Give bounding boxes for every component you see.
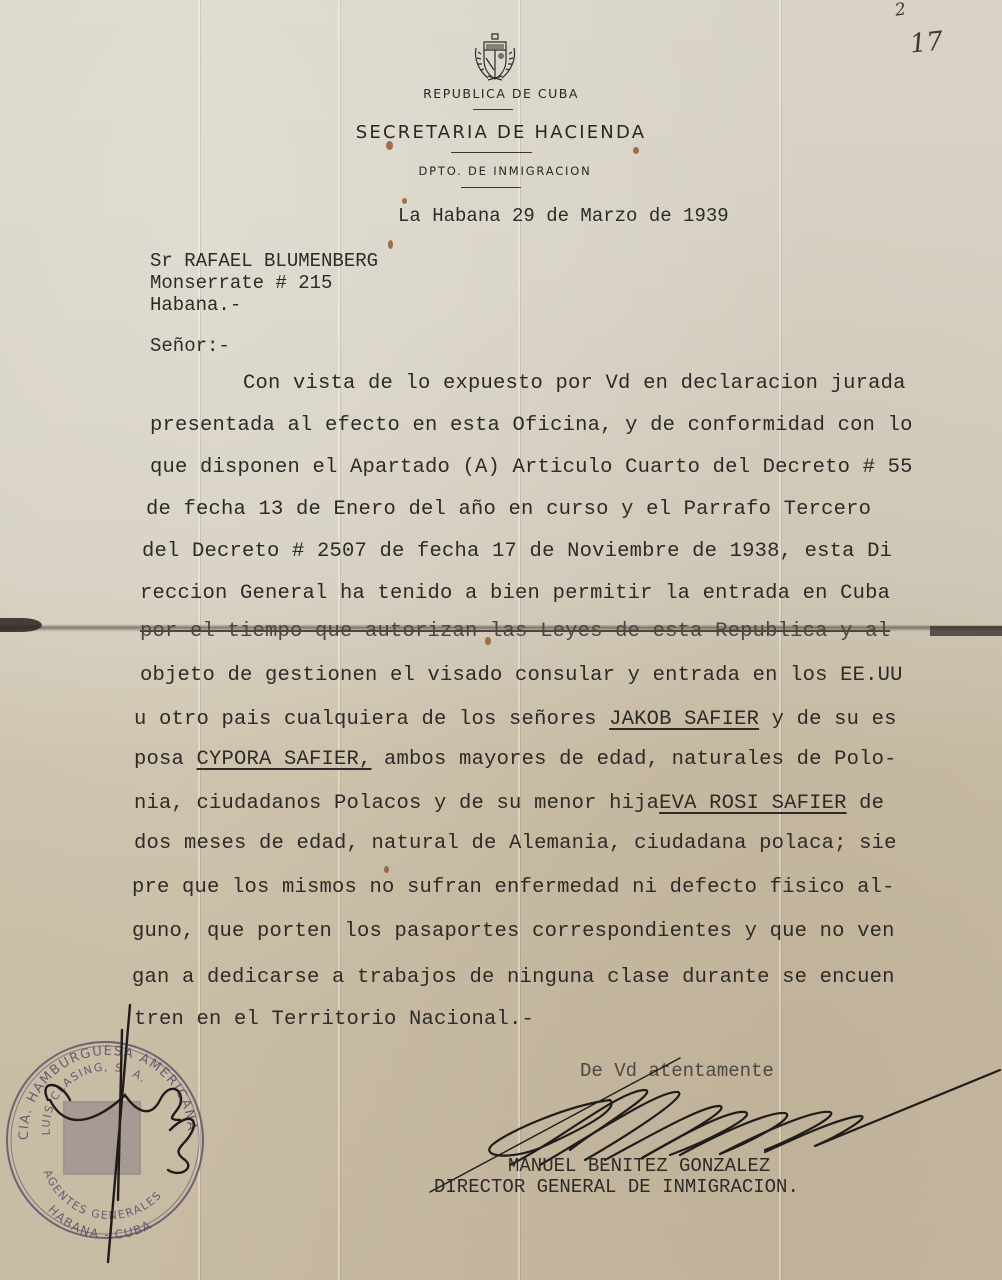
coat-of-arms-icon: [470, 30, 520, 86]
handwritten-mark: 2: [894, 0, 908, 21]
body-line: objeto de gestionen el visado consular y…: [140, 664, 903, 687]
divider: [461, 187, 521, 188]
person-name-jakob: JAKOB SAFIER: [609, 708, 759, 731]
body-text: posa: [134, 748, 197, 771]
letterhead-department: DPTO. DE INMIGRACION: [0, 164, 1002, 178]
body-text: y de su es: [759, 708, 897, 731]
recipient-street: Monserrate # 215: [150, 272, 332, 294]
person-name-eva: EVA ROSI SAFIER: [659, 792, 847, 815]
salutation: Señor:-: [150, 335, 230, 357]
letterhead-ministry: SECRETARIA DE HACIENDA: [0, 122, 1002, 143]
letterhead-republic: REPUBLICA DE CUBA: [0, 86, 1002, 101]
body-line: reccion General ha tenido a bien permiti…: [140, 582, 890, 605]
divider: [451, 152, 532, 153]
tear-mark-left: [0, 618, 42, 632]
body-line-with-name: u otro pais cualquiera de los señores JA…: [134, 708, 897, 731]
signatory-title: DIRECTOR GENERAL DE INMIGRACION.: [434, 1176, 799, 1198]
recipient-city: Habana.-: [150, 294, 241, 316]
body-line: presentada al efecto en esta Oficina, y …: [150, 414, 913, 437]
body-text: ambos mayores de edad, naturales de Polo…: [372, 748, 897, 771]
date-line: La Habana 29 de Marzo de 1939: [398, 205, 729, 227]
rust-spot: [388, 240, 393, 249]
divider: [473, 109, 513, 110]
body-line: guno, que porten los pasaportes correspo…: [132, 920, 895, 943]
body-line: Con vista de lo expuesto por Vd en decla…: [243, 372, 906, 395]
body-line: pre que los mismos no sufran enfermedad …: [132, 876, 895, 899]
rust-spot: [402, 198, 407, 204]
body-line: dos meses de edad, natural de Alemania, …: [134, 832, 897, 855]
body-line: que disponen el Apartado (A) Articulo Cu…: [150, 456, 913, 479]
rust-spot: [633, 147, 639, 154]
struck-through-line: por el tiempo que autorizan las Leyes de…: [140, 620, 890, 643]
rust-spot: [384, 866, 389, 873]
person-name-cypora: CYPORA SAFIER,: [197, 748, 372, 771]
body-text: nia, ciudadanos Polacos y de su menor hi…: [134, 792, 659, 815]
recipient-name: Sr RAFAEL BLUMENBERG: [150, 250, 378, 272]
body-text: de: [847, 792, 885, 815]
handwritten-page-number: 17: [909, 26, 945, 59]
body-line: gan a dedicarse a trabajos de ninguna cl…: [132, 966, 895, 989]
letter-page: 2 17 REPUBLICA DE CUBA SECRETARIA DE HAC…: [0, 0, 1002, 1280]
body-line: del Decreto # 2507 de fecha 17 de Noviem…: [142, 540, 892, 563]
body-line-with-name: nia, ciudadanos Polacos y de su menor hi…: [134, 792, 884, 815]
body-text: u otro pais cualquiera de los señores: [134, 708, 609, 731]
signatory-name: MANUEL BENITEZ GONZALEZ: [508, 1155, 770, 1177]
handwritten-initials: [40, 1000, 210, 1265]
tear-mark-right: [930, 626, 1002, 636]
body-line-with-name: posa CYPORA SAFIER, ambos mayores de eda…: [134, 748, 897, 771]
body-line: de fecha 13 de Enero del año en curso y …: [146, 498, 871, 521]
